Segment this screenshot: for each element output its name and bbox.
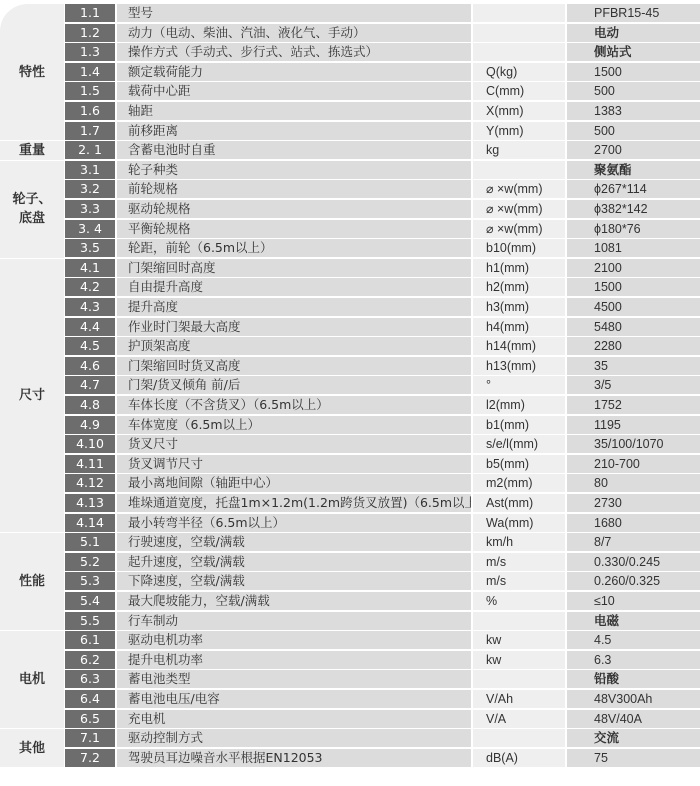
item-unit: b10(mm) [473, 239, 565, 257]
table-row: 1.7前移距离Y(mm)500 [64, 121, 700, 141]
table-row: 4.5护顶架高度h14(mm)2280 [64, 336, 700, 356]
item-name: 驾驶员耳边噪音水平根据EN12053 [117, 749, 471, 767]
item-name: 起升速度，空载/满载 [117, 553, 471, 571]
table-row: 3.5轮距，前轮（6.5m以上）b10(mm)1081 [64, 238, 700, 258]
item-value: 2730 [567, 494, 700, 512]
item-value: 交流 [567, 729, 700, 747]
table-row: 3.1轮子种类聚氨酯 [64, 160, 700, 180]
item-value: 5480 [567, 318, 700, 336]
item-name: 平衡轮规格 [117, 220, 471, 238]
item-unit: m2(mm) [473, 474, 565, 492]
item-value: 500 [567, 122, 700, 140]
item-name: 蓄电池类型 [117, 670, 471, 688]
spec-group: 尺寸4.1门架缩回时高度h1(mm)21004.2自由提升高度h2(mm)150… [0, 258, 700, 532]
table-row: 4.12最小离地间隙（轴距中心）m2(mm)80 [64, 473, 700, 493]
item-number: 7.2 [65, 749, 115, 767]
table-row: 6.1驱动电机功率kw4.5 [64, 630, 700, 650]
category-label: 尺寸 [0, 258, 64, 532]
item-unit: ⌀ ×w(mm) [473, 180, 565, 198]
item-unit: h13(mm) [473, 357, 565, 375]
table-row: 6.2提升电机功率kw6.3 [64, 650, 700, 670]
item-name: 轮距，前轮（6.5m以上） [117, 239, 471, 257]
item-number: 4.4 [65, 318, 115, 336]
spec-group: 重量2. 1含蓄电池时自重kg2700 [0, 140, 700, 160]
item-number: 5.3 [65, 572, 115, 590]
table-row: 4.4作业时门架最大高度h4(mm)5480 [64, 317, 700, 337]
item-number: 4.9 [65, 416, 115, 434]
item-value: 48V300Ah [567, 690, 700, 708]
item-number: 6.2 [65, 651, 115, 669]
spec-table: 特性1.1型号PFBR15-451.2动力（电动、柴油、汽油、液化气、手动）电动… [0, 0, 700, 786]
table-row: 3.2前轮规格⌀ ×w(mm)ϕ267*114 [64, 179, 700, 199]
item-unit: m/s [473, 553, 565, 571]
item-value: ≤10 [567, 592, 700, 610]
table-row: 5.2起升速度，空载/满载m/s0.330/0.245 [64, 552, 700, 572]
table-row: 1.5载荷中心距C(mm)500 [64, 81, 700, 101]
item-name: 门架缩回时高度 [117, 259, 471, 277]
item-number: 4.3 [65, 298, 115, 316]
item-name: 门架/货叉倾角 前/后 [117, 376, 471, 394]
spec-group: 特性1.1型号PFBR15-451.2动力（电动、柴油、汽油、液化气、手动）电动… [0, 3, 700, 140]
item-number: 4.13 [65, 494, 115, 512]
item-unit: h4(mm) [473, 318, 565, 336]
item-unit: X(mm) [473, 102, 565, 120]
item-value: 0.260/0.325 [567, 572, 700, 590]
table-row: 4.7门架/货叉倾角 前/后 °3/5 [64, 375, 700, 395]
item-name: 最小转弯半径（6.5m以上） [117, 514, 471, 532]
item-number: 3.2 [65, 180, 115, 198]
table-row: 6.4蓄电池电压/电容V/Ah48V300Ah [64, 689, 700, 709]
item-number: 1.2 [65, 24, 115, 42]
item-number: 1.1 [65, 4, 115, 22]
table-row: 3.3驱动轮规格⌀ ×w(mm)ϕ382*142 [64, 199, 700, 219]
item-value: 35 [567, 357, 700, 375]
item-value: 4500 [567, 298, 700, 316]
item-unit: Y(mm) [473, 122, 565, 140]
item-name: 车体宽度（6.5m以上） [117, 416, 471, 434]
item-unit: V/A [473, 710, 565, 728]
item-unit: h1(mm) [473, 259, 565, 277]
item-unit [473, 24, 565, 42]
item-unit: V/Ah [473, 690, 565, 708]
item-value: 1680 [567, 514, 700, 532]
spec-group: 电机6.1驱动电机功率kw4.56.2提升电机功率kw6.36.3蓄电池类型铅酸… [0, 630, 700, 728]
item-number: 1.5 [65, 82, 115, 100]
item-name: 门架缩回时货叉高度 [117, 357, 471, 375]
item-number: 4.8 [65, 396, 115, 414]
item-number: 5.1 [65, 533, 115, 551]
item-value: 1500 [567, 63, 700, 81]
item-number: 6.4 [65, 690, 115, 708]
category-label: 轮子、 底盘 [0, 160, 64, 258]
item-unit: s/e/l(mm) [473, 435, 565, 453]
item-unit: C(mm) [473, 82, 565, 100]
item-name: 动力（电动、柴油、汽油、液化气、手动） [117, 24, 471, 42]
item-unit: % [473, 592, 565, 610]
item-number: 1.6 [65, 102, 115, 120]
table-row: 5.4最大爬坡能力，空载/满载%≤10 [64, 591, 700, 611]
table-row: 6.3蓄电池类型铅酸 [64, 669, 700, 689]
item-unit: ° [473, 376, 565, 394]
item-value: 2700 [567, 141, 700, 159]
item-name: 前移距离 [117, 122, 471, 140]
item-name: 前轮规格 [117, 180, 471, 198]
item-name: 额定载荷能力 [117, 63, 471, 81]
category-label: 特性 [0, 3, 64, 140]
item-value: 1752 [567, 396, 700, 414]
item-value: 4.5 [567, 631, 700, 649]
item-value: 1500 [567, 278, 700, 296]
item-name: 货叉调节尺寸 [117, 455, 471, 473]
item-unit [473, 43, 565, 61]
item-number: 7.1 [65, 729, 115, 747]
item-unit [473, 612, 565, 630]
item-value: 1195 [567, 416, 700, 434]
item-unit: Wa(mm) [473, 514, 565, 532]
spec-group: 轮子、 底盘3.1轮子种类聚氨酯3.2前轮规格⌀ ×w(mm)ϕ267*1143… [0, 160, 700, 258]
item-number: 3.5 [65, 239, 115, 257]
item-number: 4.7 [65, 376, 115, 394]
table-row: 5.1行驶速度，空载/满载km/h8/7 [64, 532, 700, 552]
item-number: 4.2 [65, 278, 115, 296]
table-row: 4.10货叉尺寸s/e/l(mm)35/100/1070 [64, 434, 700, 454]
item-number: 3.1 [65, 161, 115, 179]
item-number: 4.6 [65, 357, 115, 375]
table-row: 1.6轴距X(mm)1383 [64, 101, 700, 121]
item-unit: dB(A) [473, 749, 565, 767]
item-name: 护顶架高度 [117, 337, 471, 355]
item-name: 型号 [117, 4, 471, 22]
item-value: ϕ180*76 [567, 220, 700, 238]
item-value: 500 [567, 82, 700, 100]
item-number: 6.1 [65, 631, 115, 649]
item-value: 0.330/0.245 [567, 553, 700, 571]
item-unit: kw [473, 631, 565, 649]
table-row: 3. 4平衡轮规格⌀ ×w(mm)ϕ180*76 [64, 219, 700, 239]
item-value: ϕ267*114 [567, 180, 700, 198]
item-value: 3/5 [567, 376, 700, 394]
item-name: 下降速度，空载/满载 [117, 572, 471, 590]
item-name: 轴距 [117, 102, 471, 120]
item-name: 提升电机功率 [117, 651, 471, 669]
table-row: 4.1门架缩回时高度h1(mm)2100 [64, 258, 700, 278]
item-number: 3. 4 [65, 220, 115, 238]
table-row: 1.3操作方式（手动式、步行式、站式、拣选式）侧站式 [64, 42, 700, 62]
item-name: 自由提升高度 [117, 278, 471, 296]
item-unit [473, 4, 565, 22]
item-value: 铅酸 [567, 670, 700, 688]
category-label: 电机 [0, 630, 64, 728]
item-unit: ⌀ ×w(mm) [473, 220, 565, 238]
table-row: 5.5行车制动电磁 [64, 611, 700, 631]
table-row: 1.2动力（电动、柴油、汽油、液化气、手动）电动 [64, 23, 700, 43]
item-name: 提升高度 [117, 298, 471, 316]
item-unit: l2(mm) [473, 396, 565, 414]
item-unit [473, 161, 565, 179]
item-name: 最大爬坡能力，空载/满载 [117, 592, 471, 610]
item-name: 货叉尺寸 [117, 435, 471, 453]
item-unit: Ast(mm) [473, 494, 565, 512]
table-row: 4.9车体宽度（6.5m以上）b1(mm)1195 [64, 415, 700, 435]
item-unit: Q(kg) [473, 63, 565, 81]
item-name: 蓄电池电压/电容 [117, 690, 471, 708]
item-unit: h2(mm) [473, 278, 565, 296]
table-row: 4.11货叉调节尺寸b5(mm)210-700 [64, 454, 700, 474]
item-number: 5.4 [65, 592, 115, 610]
item-value: 80 [567, 474, 700, 492]
item-unit: h14(mm) [473, 337, 565, 355]
item-name: 载荷中心距 [117, 82, 471, 100]
table-row: 4.13堆垛通道宽度，托盘1m×1.2m(1.2m跨货叉放置)（6.5m以上）A… [64, 493, 700, 513]
item-value: 2280 [567, 337, 700, 355]
table-row: 1.4额定载荷能力Q(kg)1500 [64, 62, 700, 82]
item-value: 1383 [567, 102, 700, 120]
item-number: 4.1 [65, 259, 115, 277]
item-name: 行驶速度，空载/满载 [117, 533, 471, 551]
item-unit: kg [473, 141, 565, 159]
item-value: ϕ382*142 [567, 200, 700, 218]
category-label: 重量 [0, 140, 64, 160]
item-number: 6.5 [65, 710, 115, 728]
item-value: 电磁 [567, 612, 700, 630]
item-number: 4.12 [65, 474, 115, 492]
table-row: 7.2驾驶员耳边噪音水平根据EN12053dB(A)75 [64, 748, 700, 768]
item-number: 3.3 [65, 200, 115, 218]
item-value: 侧站式 [567, 43, 700, 61]
table-row: 4.6门架缩回时货叉高度h13(mm)35 [64, 356, 700, 376]
item-number: 6.3 [65, 670, 115, 688]
category-label: 其他 [0, 728, 64, 767]
item-value: 48V/40A [567, 710, 700, 728]
table-row: 4.8车体长度（不含货叉）（6.5m以上）l2(mm)1752 [64, 395, 700, 415]
table-row: 6.5充电机V/A48V/40A [64, 709, 700, 729]
item-value: 6.3 [567, 651, 700, 669]
item-number: 1.3 [65, 43, 115, 61]
item-unit [473, 729, 565, 747]
item-number: 5.2 [65, 553, 115, 571]
item-name: 充电机 [117, 710, 471, 728]
item-name: 车体长度（不含货叉）（6.5m以上） [117, 396, 471, 414]
item-unit: km/h [473, 533, 565, 551]
item-number: 1.7 [65, 122, 115, 140]
item-name: 行车制动 [117, 612, 471, 630]
item-value: 1081 [567, 239, 700, 257]
item-value: 2100 [567, 259, 700, 277]
item-unit: kw [473, 651, 565, 669]
item-name: 最小离地间隙（轴距中心） [117, 474, 471, 492]
item-number: 1.4 [65, 63, 115, 81]
item-value: 聚氨酯 [567, 161, 700, 179]
item-unit: b5(mm) [473, 455, 565, 473]
table-row: 4.2自由提升高度h2(mm)1500 [64, 277, 700, 297]
item-name: 驱动控制方式 [117, 729, 471, 747]
table-row: 7.1驱动控制方式交流 [64, 728, 700, 748]
item-name: 驱动轮规格 [117, 200, 471, 218]
item-unit: ⌀ ×w(mm) [473, 200, 565, 218]
item-number: 4.11 [65, 455, 115, 473]
item-unit: m/s [473, 572, 565, 590]
table-row: 5.3下降速度，空载/满载m/s0.260/0.325 [64, 571, 700, 591]
item-name: 含蓄电池时自重 [117, 141, 471, 159]
item-name: 作业时门架最大高度 [117, 318, 471, 336]
item-number: 4.5 [65, 337, 115, 355]
item-number: 4.10 [65, 435, 115, 453]
item-value: 8/7 [567, 533, 700, 551]
item-number: 5.5 [65, 612, 115, 630]
item-unit [473, 670, 565, 688]
item-number: 4.14 [65, 514, 115, 532]
spec-group: 性能5.1行驶速度，空载/满载km/h8/75.2起升速度，空载/满载m/s0.… [0, 532, 700, 630]
item-name: 操作方式（手动式、步行式、站式、拣选式） [117, 43, 471, 61]
table-row: 4.3提升高度h3(mm)4500 [64, 297, 700, 317]
item-value: 35/100/1070 [567, 435, 700, 453]
item-unit: h3(mm) [473, 298, 565, 316]
spec-group: 其他7.1驱动控制方式交流7.2驾驶员耳边噪音水平根据EN12053dB(A)7… [0, 728, 700, 767]
table-row: 2. 1含蓄电池时自重kg2700 [64, 140, 700, 160]
category-label: 性能 [0, 532, 64, 630]
item-name: 驱动电机功率 [117, 631, 471, 649]
item-name: 轮子种类 [117, 161, 471, 179]
item-unit: b1(mm) [473, 416, 565, 434]
item-value: 210-700 [567, 455, 700, 473]
item-name: 堆垛通道宽度，托盘1m×1.2m(1.2m跨货叉放置)（6.5m以上） [117, 494, 471, 512]
table-row: 1.1型号PFBR15-45 [64, 3, 700, 23]
item-value: PFBR15-45 [567, 4, 700, 22]
item-value: 75 [567, 749, 700, 767]
item-number: 2. 1 [65, 141, 115, 159]
item-value: 电动 [567, 24, 700, 42]
table-row: 4.14最小转弯半径（6.5m以上）Wa(mm)1680 [64, 513, 700, 533]
